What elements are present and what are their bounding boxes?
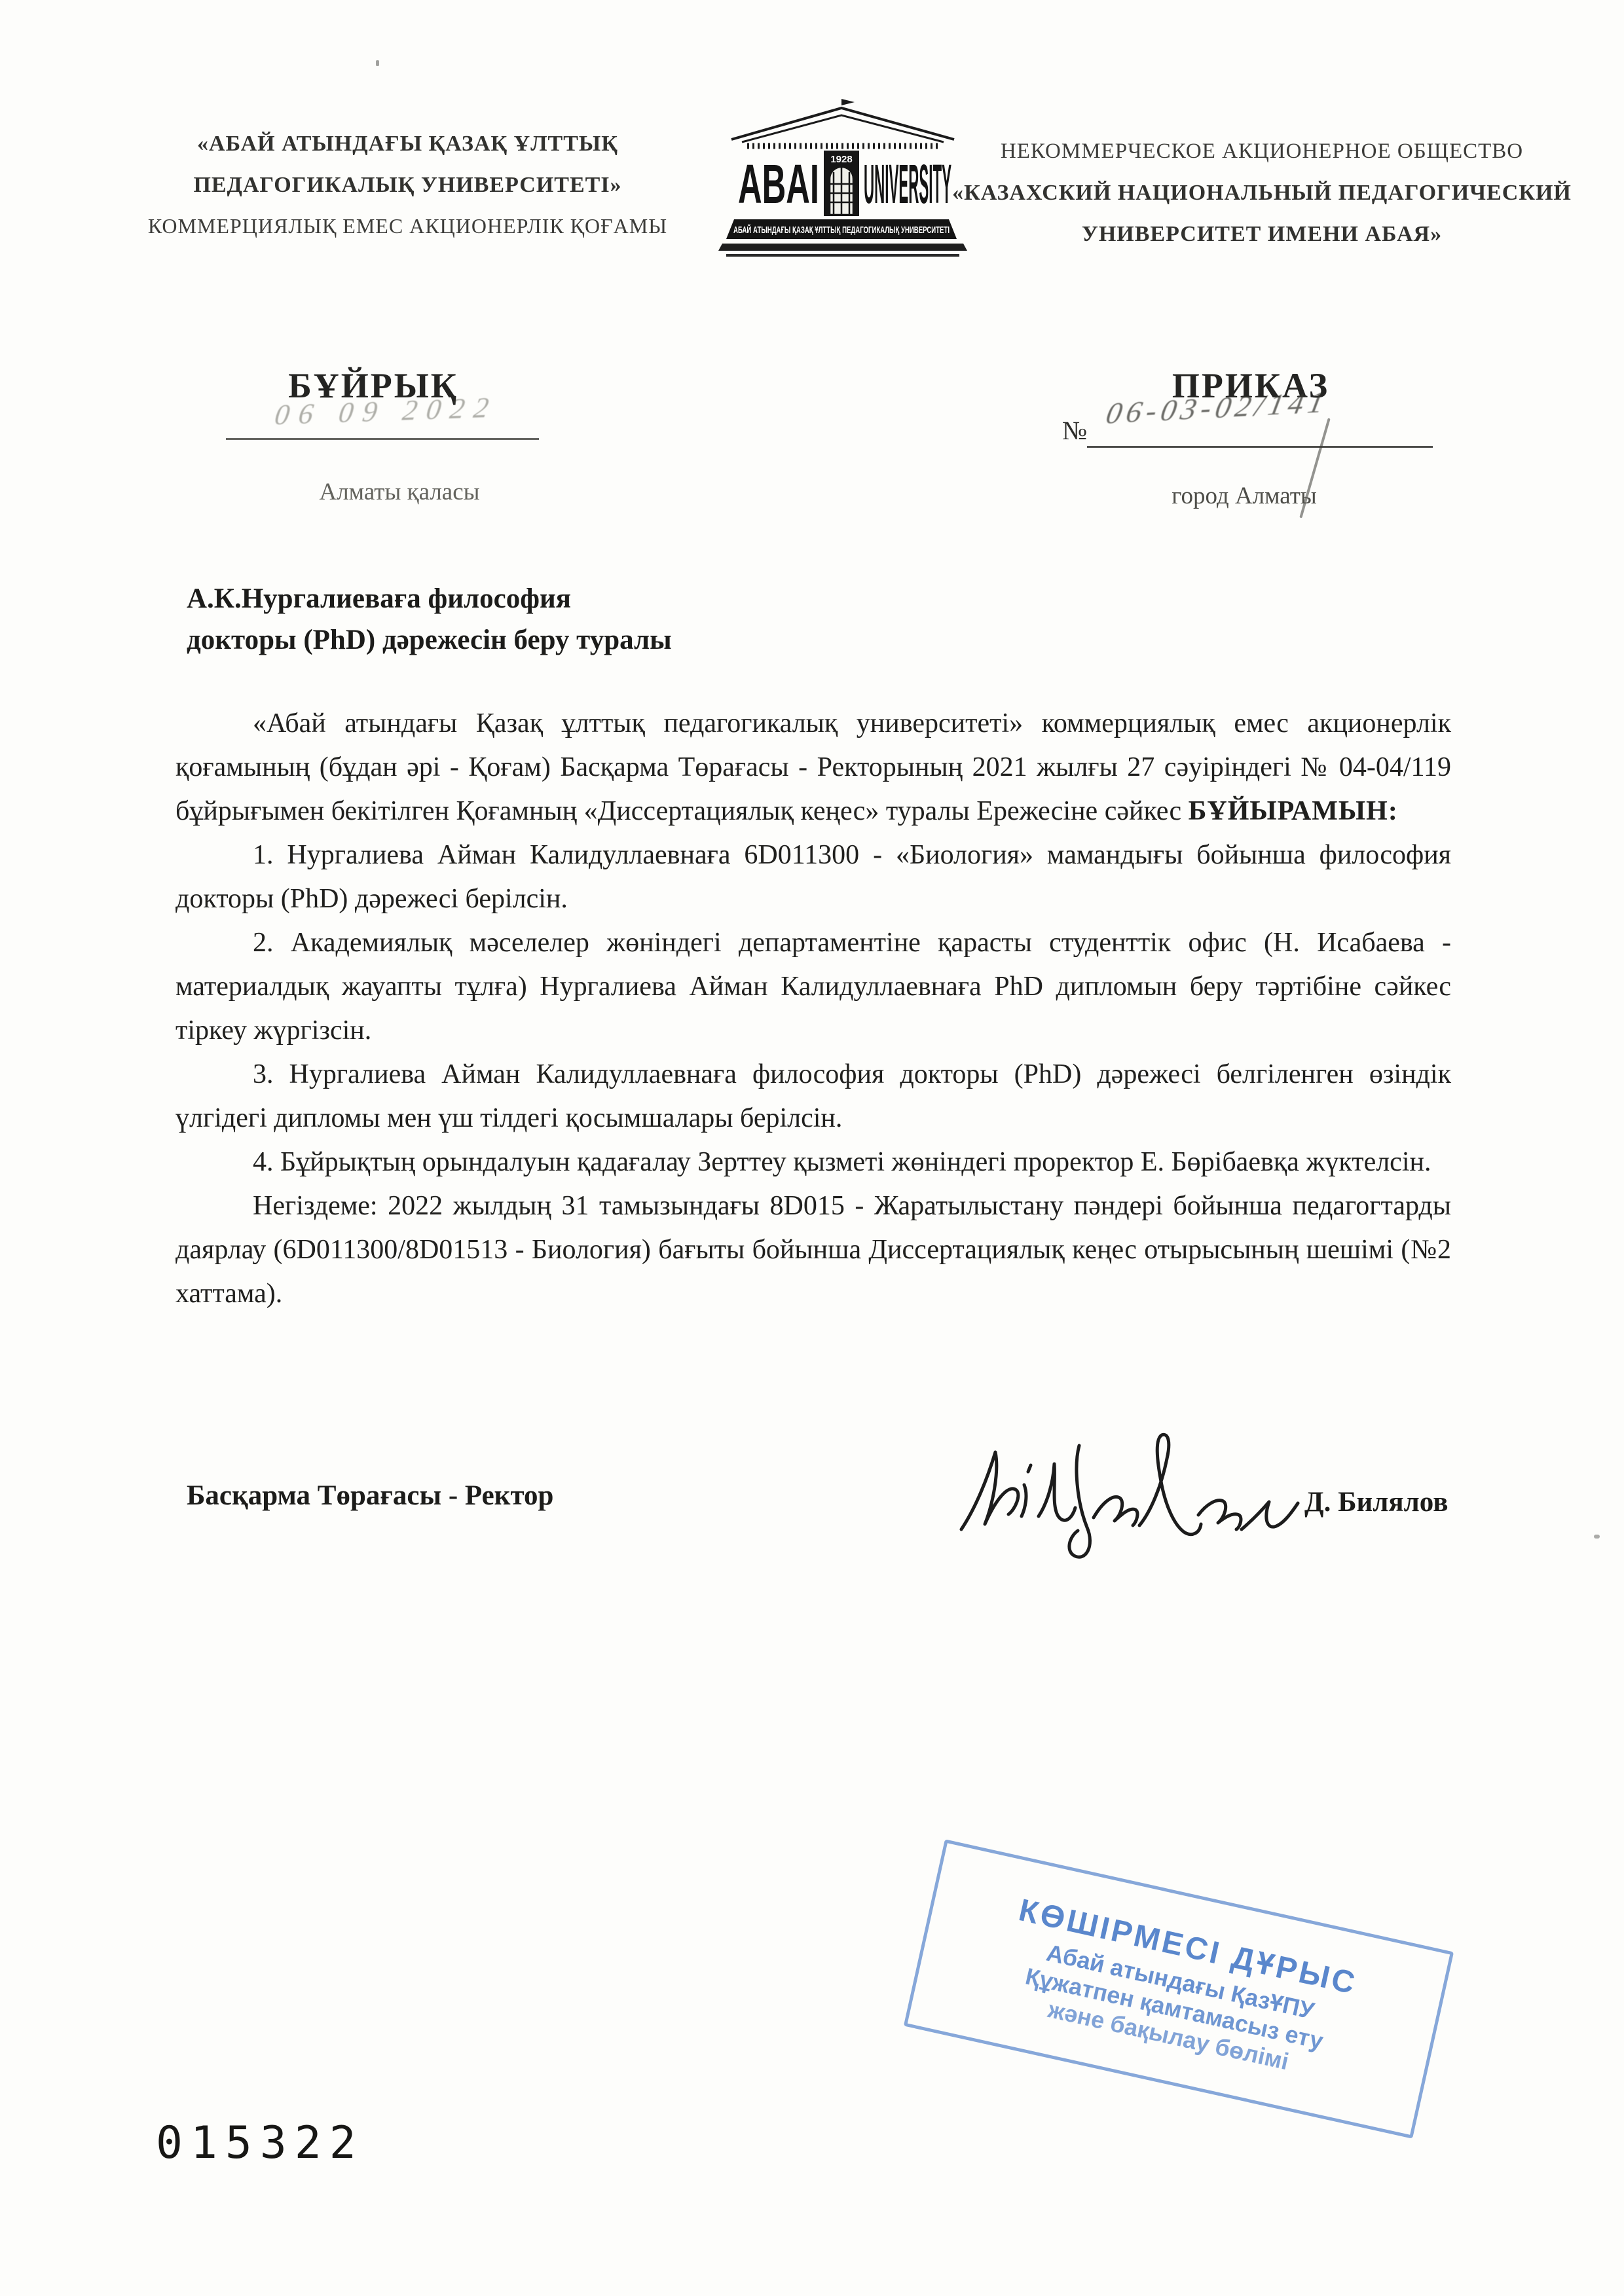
number-underline bbox=[1087, 446, 1433, 448]
document-page: «АБАЙ АТЫНДАҒЫ ҚАЗАҚ ҰЛТТЫҚ ПЕДАГОГИКАЛЫ… bbox=[0, 0, 1624, 2296]
order-subject: А.К.Нургалиеваға философия докторы (PhD)… bbox=[187, 578, 1038, 661]
order-item-2: 2. Академиялық мәселелер жөніндегі депар… bbox=[175, 921, 1451, 1053]
letterhead-ru-line1: НЕКОММЕРЧЕСКОЕ АКЦИОНЕРНОЕ ОБЩЕСТВО bbox=[951, 131, 1573, 172]
intro-directive: БҰЙЫРАМЫН: bbox=[1189, 796, 1398, 826]
logo-banner-text: АБАЙ АТЫНДАҒЫ ҚАЗАҚ ҰЛТТЫҚ ПЕДАГОГИКАЛЫҚ… bbox=[733, 224, 950, 236]
place-ru: город Алматы bbox=[1067, 482, 1421, 510]
signatory-role: Басқарма Төрағасы - Ректор bbox=[187, 1480, 553, 1512]
basis-paragraph: Негіздеме: 2022 жылдың 31 тамызындағы 8D… bbox=[175, 1184, 1451, 1316]
logo-name-left: ABAI bbox=[738, 153, 819, 215]
order-item-4: 4. Бұйрықтың орындалуын қадағалау Зертте… bbox=[175, 1140, 1451, 1184]
scan-artifact-dot bbox=[376, 60, 379, 66]
university-logo: 1928 ABAI UNIVERSITY АБАЙ АТЫНДАҒЫ ҚАЗАҚ… bbox=[717, 95, 969, 262]
order-item-1: 1. Нургалиева Айман Калидуллаевнаға 6D01… bbox=[175, 833, 1451, 921]
letterhead-ru-line3: УНИВЕРСИТЕТ ИМЕНИ АБАЯ» bbox=[951, 213, 1573, 255]
letterhead-russian: НЕКОММЕРЧЕСКОЕ АКЦИОНЕРНОЕ ОБЩЕСТВО «КАЗ… bbox=[951, 131, 1573, 255]
letterhead-kk-line3: КОММЕРЦИЯЛЫҚ ЕМЕС АКЦИОНЕРЛІК ҚОҒАМЫ bbox=[98, 206, 717, 247]
copy-certification-stamp: КӨШІРМЕСІ ДҰРЫС Абай атындағы ҚазҰПУ Құж… bbox=[904, 1839, 1454, 2138]
registration-number: 015322 bbox=[156, 2117, 364, 2169]
letterhead-kk-line1: «АБАЙ АТЫНДАҒЫ ҚАЗАҚ ҰЛТТЫҚ bbox=[98, 123, 717, 164]
order-body: «Абай атындағы Қазақ ұлттық педагогикалы… bbox=[175, 702, 1451, 1316]
logo-year: 1928 bbox=[830, 154, 852, 165]
signatory-name: Д. Билялов bbox=[1304, 1486, 1448, 1518]
date-underline bbox=[226, 438, 539, 440]
abai-university-logo-icon: 1928 ABAI UNIVERSITY АБАЙ АТЫНДАҒЫ ҚАЗАҚ… bbox=[717, 95, 969, 262]
subject-line1: А.К.Нургалиеваға философия bbox=[187, 578, 1038, 619]
number-sign: № bbox=[1062, 415, 1087, 446]
order-item-3: 3. Нургалиева Айман Калидуллаевнаға фило… bbox=[175, 1053, 1451, 1140]
letterhead-ru-line2: «КАЗАХСКИЙ НАЦИОНАЛЬНЫЙ ПЕДАГОГИЧЕСКИЙ bbox=[951, 172, 1573, 213]
subject-line2: докторы (PhD) дәрежесін беру туралы bbox=[187, 619, 1038, 661]
place-kk: Алматы қаласы bbox=[216, 478, 583, 506]
signature-icon bbox=[943, 1387, 1319, 1583]
intro-paragraph: «Абай атындағы Қазақ ұлттық педагогикалы… bbox=[175, 702, 1451, 833]
logo-name-right: UNIVERSITY bbox=[864, 153, 951, 215]
letterhead-kazakh: «АБАЙ АТЫНДАҒЫ ҚАЗАҚ ҰЛТТЫҚ ПЕДАГОГИКАЛЫ… bbox=[98, 123, 717, 247]
letterhead-kk-line2: ПЕДАГОГИКАЛЫҚ УНИВЕРСИТЕТІ» bbox=[98, 164, 717, 206]
scan-artifact-dot bbox=[1594, 1535, 1600, 1539]
